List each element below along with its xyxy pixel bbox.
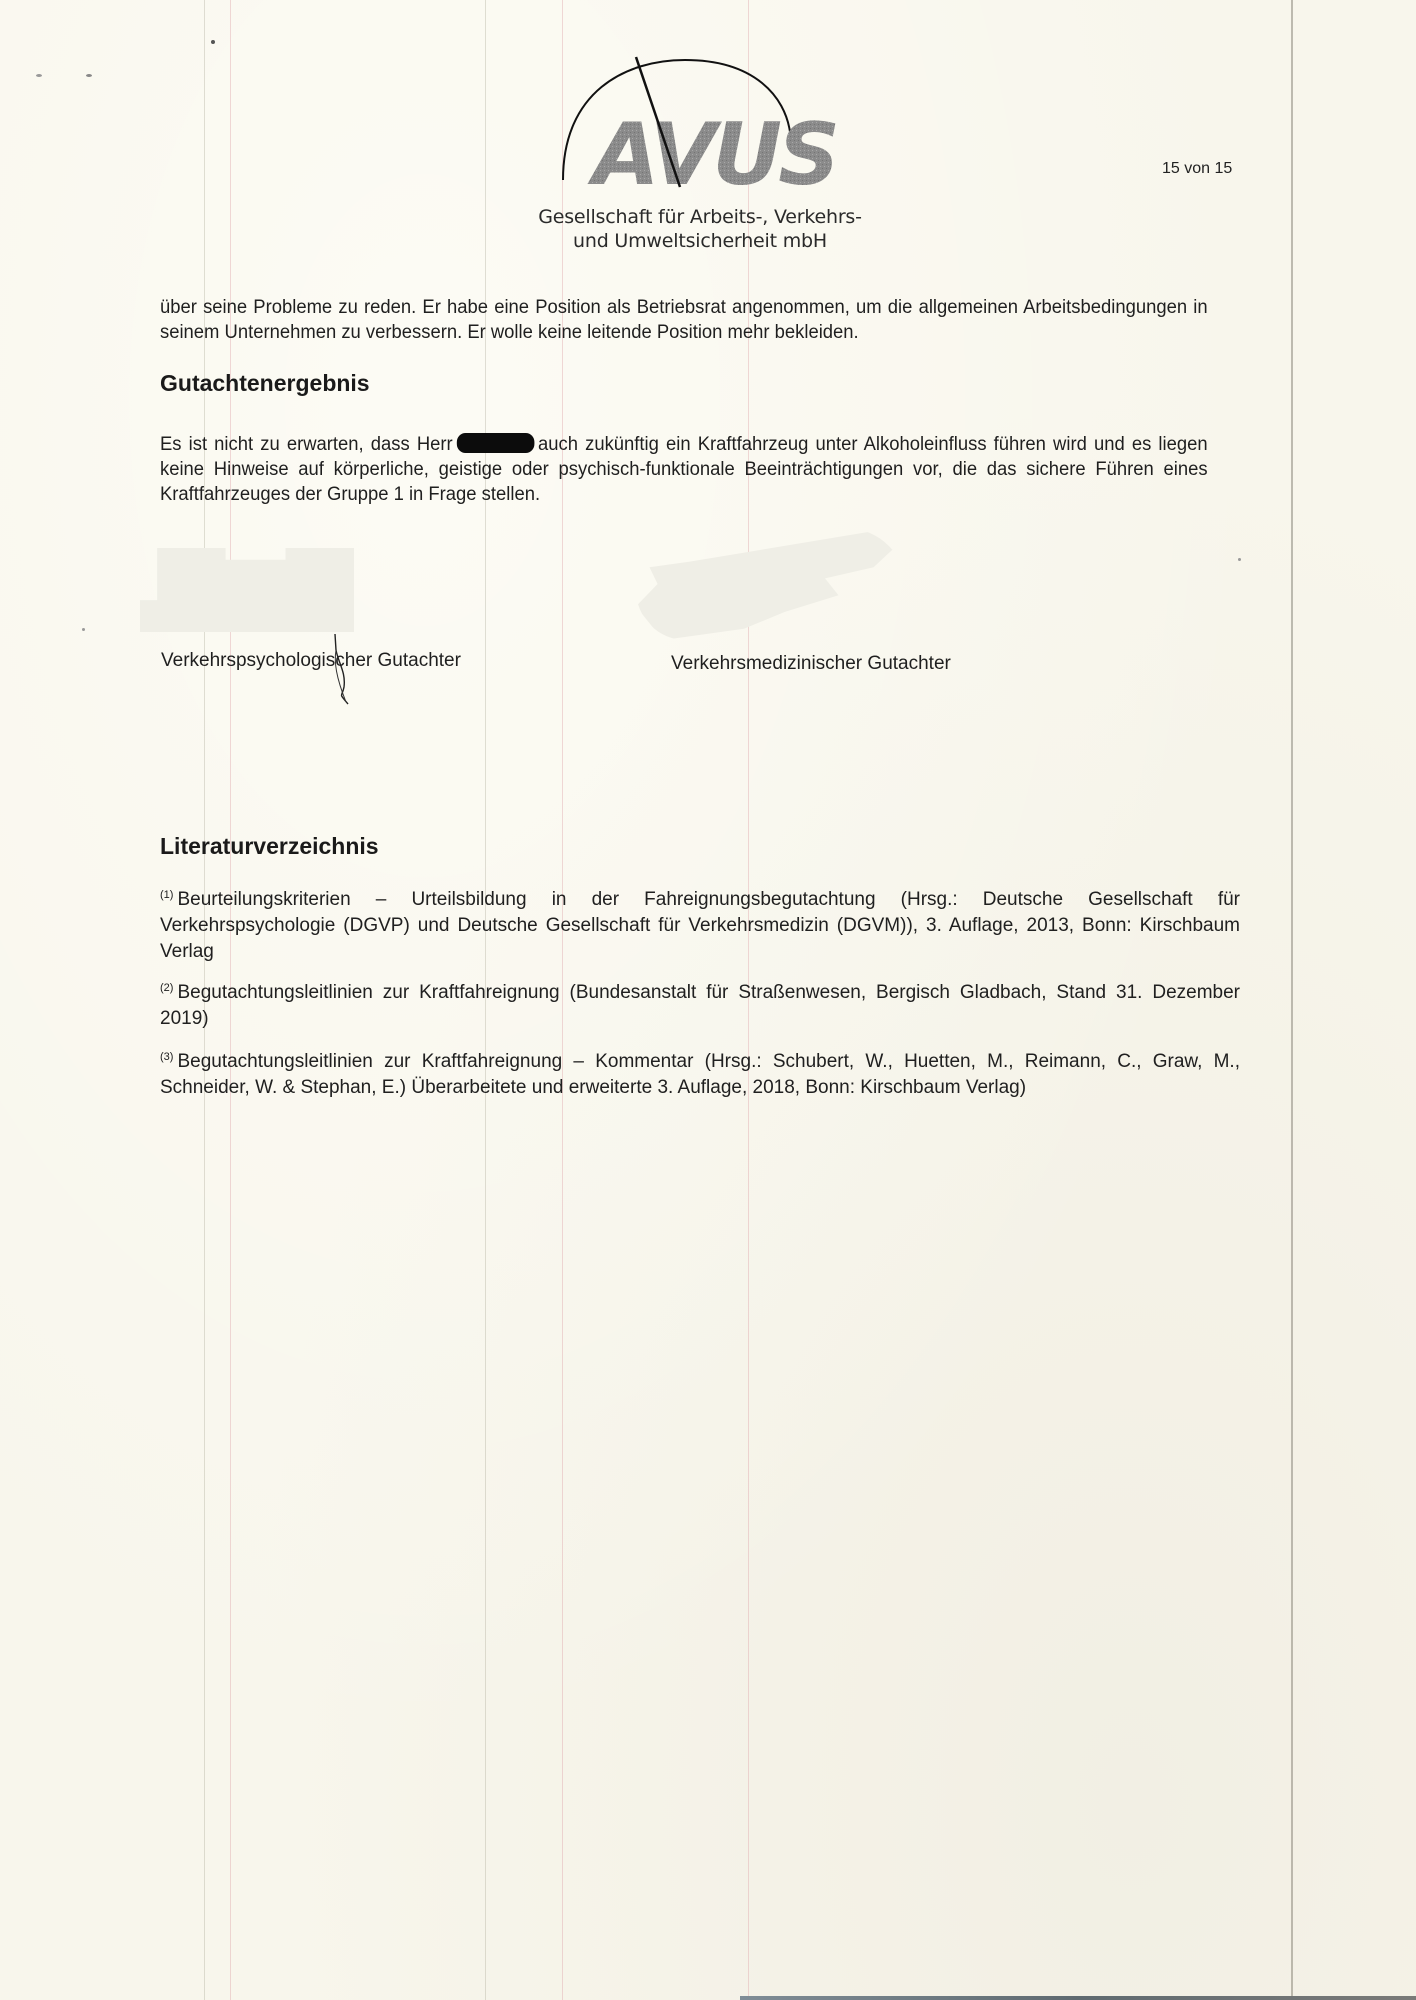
page-edge-line (1291, 0, 1293, 2000)
result-paragraph: Es ist nicht zu erwarten, dass Herrauch … (160, 432, 1208, 507)
redacted-name (457, 433, 535, 453)
page-number: 15 von 15 (1162, 160, 1232, 178)
avus-logo: AVUS (555, 52, 855, 192)
reference-text: Begutachtungsleitlinien zur Kraftfahreig… (160, 982, 1240, 1029)
signature-label-physician: Verkehrsmedizinischer Gutachter (671, 653, 951, 675)
logo-wordmark: AVUS (587, 105, 836, 192)
company-name: Gesellschaft für Arbeits-, Verkehrs- und… (500, 205, 900, 253)
paper-speck (36, 74, 42, 77)
intro-paragraph: über seine Probleme zu reden. Er habe ei… (160, 295, 1208, 345)
scan-bottom-edge (740, 1996, 1416, 2000)
reference-item: (2)Begutachtungsleitlinien zur Kraftfahr… (160, 975, 1240, 1032)
company-name-line2: und Umweltsicherheit mbH (500, 229, 900, 253)
result-text-start: Es ist nicht zu erwarten, dass Herr (160, 434, 453, 455)
reference-item: (3)Begutachtungsleitlinien zur Kraftfahr… (160, 1044, 1240, 1101)
signature-label-psychologist: Verkehrspsychologischer Gutachter (161, 650, 461, 672)
paper-speck (1238, 558, 1241, 561)
references-heading: Literaturverzeichnis (160, 833, 379, 860)
company-name-line1: Gesellschaft für Arbeits-, Verkehrs- (500, 205, 900, 229)
reference-marker: (3) (160, 1051, 173, 1063)
paper-speck (211, 40, 215, 44)
whiteout-signature-left (140, 548, 354, 632)
reference-item: (1)Beurteilungskriterien – Urteilsbildun… (160, 882, 1240, 965)
reference-text: Begutachtungsleitlinien zur Kraftfahreig… (160, 1051, 1240, 1098)
reference-marker: (1) (160, 889, 173, 901)
reference-marker: (2) (160, 982, 173, 994)
result-heading: Gutachtenergebnis (160, 370, 370, 397)
reference-text: Beurteilungskriterien – Urteilsbildung i… (160, 889, 1240, 962)
paper-speck (86, 74, 92, 77)
avus-logo-icon: AVUS (555, 52, 855, 192)
paper-speck (82, 628, 85, 631)
